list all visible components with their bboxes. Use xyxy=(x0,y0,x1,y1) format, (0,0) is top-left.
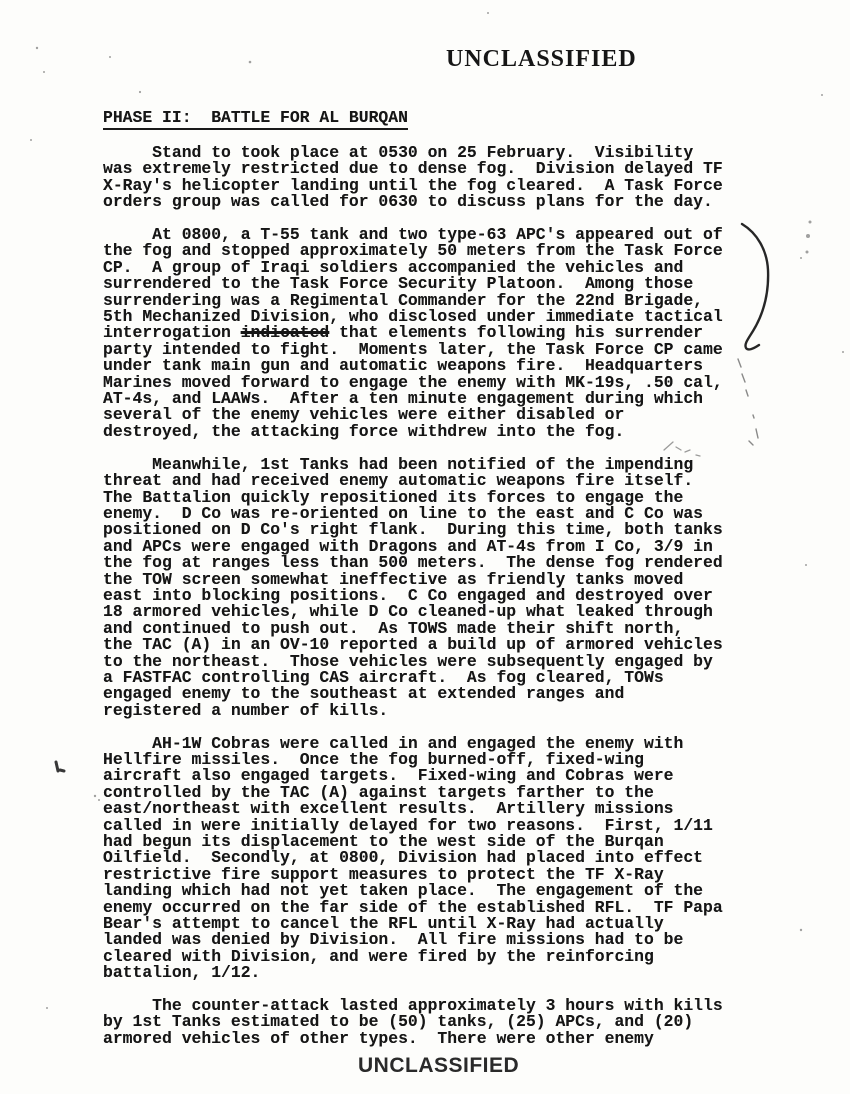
document-body: Stand to took place at 0530 on 25 Februa… xyxy=(103,145,763,1047)
document-heading: PHASE II: BATTLE FOR AL BURQAN xyxy=(103,108,408,130)
paragraph-text: that elements following his surrender pa… xyxy=(103,323,723,440)
classification-header: UNCLASSIFIED xyxy=(446,46,637,73)
paragraph-counter-attack-summary: The counter-attack lasted approximately … xyxy=(103,998,763,1047)
document-page: UNCLASSIFIED PHASE II: BATTLE FOR AL BUR… xyxy=(0,0,850,1094)
ink-blot-mark xyxy=(56,762,64,771)
paragraph-cobras-artillery: AH-1W Cobras were called in and engaged … xyxy=(103,736,763,982)
paragraph-stand-to: Stand to took place at 0530 on 25 Februa… xyxy=(103,145,763,211)
paragraph-1st-tanks: Meanwhile, 1st Tanks had been notified o… xyxy=(103,457,763,720)
paragraph-t55-attack: At 0800, a T-55 tank and two type-63 APC… xyxy=(103,227,763,440)
document-heading-text: PHASE II: BATTLE FOR AL BURQAN xyxy=(103,108,408,130)
classification-footer: UNCLASSIFIED xyxy=(358,1054,519,1078)
